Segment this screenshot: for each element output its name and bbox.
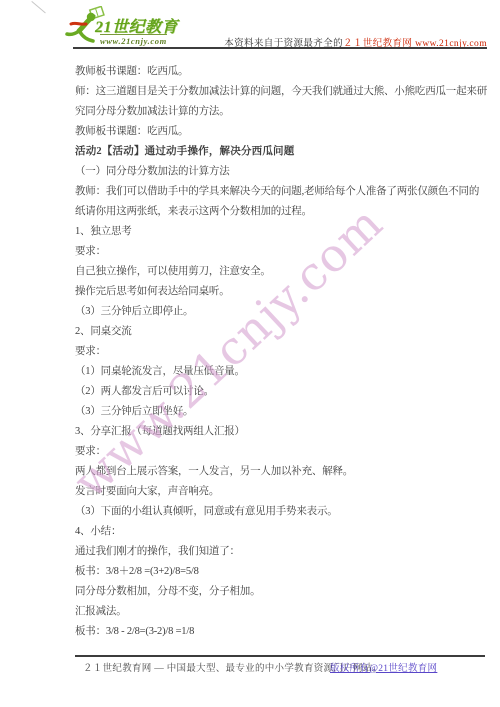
footer-copyright-link[interactable]: 版权所有@21世纪教育网: [330, 660, 437, 674]
doc-line: 同分母分数相加，分母不变，分子相加。: [75, 582, 489, 602]
doc-line: 通过我们刚才的操作，我们知道了：: [75, 542, 489, 562]
doc-line: 纸请你用这两张纸，来表示这两个分数相加的过程。: [75, 202, 489, 222]
doc-line: （3）三分钟后立即停止。: [75, 302, 489, 322]
doc-line: 3、分享汇报（每道题找两组人汇报）: [75, 422, 489, 442]
doc-line: 自己独立操作，可以使用剪刀，注意安全。: [75, 262, 489, 282]
doc-line: 要求：: [75, 442, 489, 462]
header-divider: [73, 47, 487, 49]
doc-line: 究同分母分数加减法计算的方法。: [75, 102, 489, 122]
doc-line: 师：这三道题目是关于分数加减法计算的问题，今天我们就通过大熊、小熊吃西瓜一起来研: [75, 82, 489, 102]
doc-line: 要求：: [75, 242, 489, 262]
doc-line: 操作完后思考如何表达给同桌听。: [75, 282, 489, 302]
doc-line: （1）同桌轮流发言，尽量压低音量。: [75, 362, 489, 382]
doc-line: 教师：我们可以借助手中的学具来解决今天的问题,老师给每个人准备了两张仅颜色不同的: [75, 182, 489, 202]
footer-divider: [75, 655, 485, 657]
doc-line-board-formula: 板书：3/8 - 2/8=(3-2)/8 =1/8: [75, 622, 489, 642]
doc-line: 2、同桌交流: [75, 322, 489, 342]
doc-line: 教师板书课题：吃西瓜。: [75, 122, 489, 142]
doc-line: （3）下面的小组认真倾听，同意或有意见用手势来表示。: [75, 502, 489, 522]
logo-url-text: www.21cnjy.com: [100, 34, 167, 46]
doc-line: （2）两人都发言后可以讨论。: [75, 382, 489, 402]
doc-line: 教师板书课题：吃西瓜。: [75, 62, 489, 82]
doc-line: 发言时要面向大家，声音响亮。: [75, 482, 489, 502]
scan-artifact-mark: [31, 1, 45, 13]
doc-line: 要求：: [75, 342, 489, 362]
doc-line-board-formula: 板书：3/8＋2/8 =(3+2)/8=5/8: [75, 562, 489, 582]
doc-line: 1、独立思考: [75, 222, 489, 242]
doc-line-activity-heading: 活动2【活动】通过动手操作，解决分西瓜问题: [75, 142, 489, 162]
doc-line: 汇报减法。: [75, 602, 489, 622]
document-body: 教师板书课题：吃西瓜。 师：这三道题目是关于分数加减法计算的问题，今天我们就通过…: [75, 62, 489, 642]
doc-line: （3）三分钟后立即坐好。: [75, 402, 489, 422]
doc-line: （一）同分母分数加法的计算方法: [75, 162, 489, 182]
document-page: 21世纪教育 www.21cnjy.com 本资料来自于资源最齐全的２１世纪教育…: [0, 0, 500, 707]
doc-line: 两人都到台上展示答案，一人发言，另一人加以补充、解释。: [75, 462, 489, 482]
doc-line: 4、小结：: [75, 522, 489, 542]
site-logo: 21世纪教育 www.21cnjy.com: [64, 5, 222, 48]
